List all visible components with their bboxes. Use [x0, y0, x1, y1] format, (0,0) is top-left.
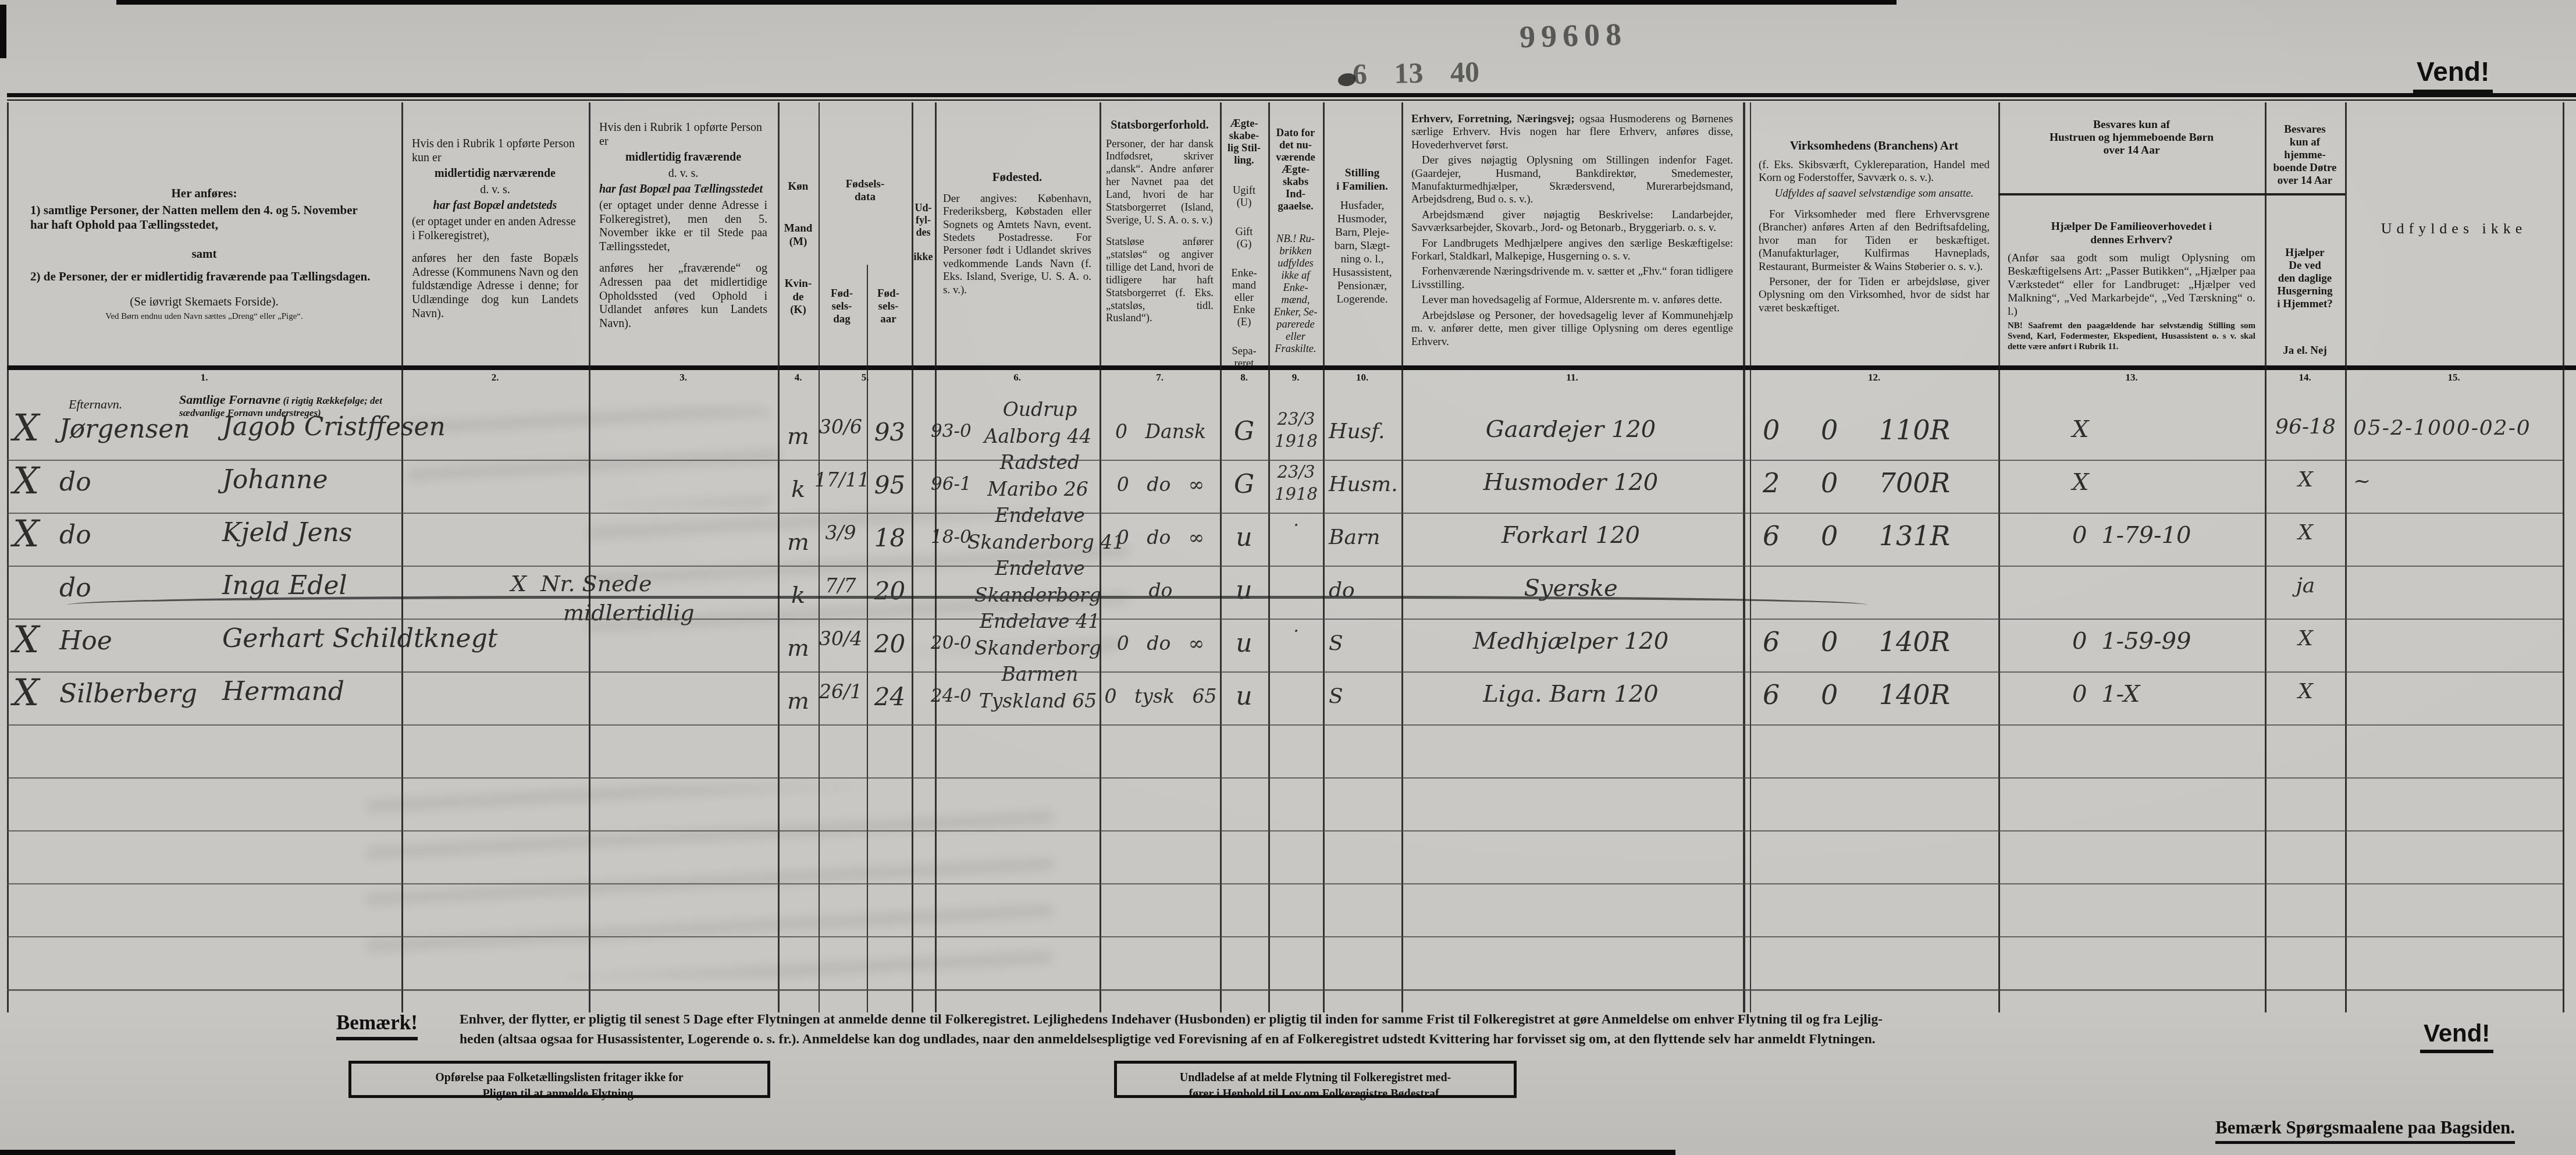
column-divider — [1268, 102, 1270, 1012]
row-rule — [7, 936, 2563, 937]
column-number: 13. — [1998, 372, 2265, 383]
cell-dag: 30/4 — [814, 629, 867, 649]
row-strikethrough — [67, 596, 1867, 614]
cell-kode12: 2 0 700R — [1763, 469, 2048, 497]
cell-sted2: Skanderborg 41 — [967, 532, 1108, 553]
cell-dato1: · — [1270, 622, 1322, 639]
row-rule — [7, 724, 2563, 726]
column-divider — [1743, 102, 1745, 1012]
table-row: doInga EdelX Nr. Snedemidlertidligk7/720… — [0, 566, 2576, 619]
cell-mark: X — [13, 674, 59, 713]
row-rule — [7, 989, 2563, 991]
column-divider — [1100, 102, 1101, 1012]
cell-fornavne: Johanne — [222, 467, 328, 493]
cell-fornavne: Hermand — [222, 678, 344, 705]
column-number: 1. — [7, 372, 401, 383]
cell-aegtestand: G — [1220, 418, 1268, 445]
table-row: XdoKjeld Jensm3/91818-0EndelaveSkanderbo… — [0, 513, 2576, 566]
cell-efternavn: Hoe — [59, 628, 112, 655]
cell-efternavn: do — [59, 575, 91, 602]
cell-mark: X — [13, 462, 59, 501]
column-divider — [2563, 102, 2564, 1012]
column-number: 4. — [778, 372, 819, 383]
cell-aegtestand: G — [1220, 471, 1268, 498]
cell-sted2: Skanderborg — [967, 638, 1108, 659]
cell-statsborger: 0 Dansk — [1101, 422, 1220, 442]
footer-box-penalty-note: Undladelse af at melde Flytning til Folk… — [1114, 1061, 1517, 1098]
cell-kode13: 0 1-X — [2072, 682, 2264, 706]
table-row: XJørgensenJagob Cristffesenm30/69393-0Ou… — [0, 407, 2576, 460]
column-number: 3. — [589, 372, 778, 383]
column-divider — [2265, 102, 2267, 1012]
cell-kode13: 0 1-79-10 — [2072, 523, 2264, 548]
column-number: 11. — [1401, 372, 1743, 383]
column-divider — [1998, 102, 2000, 1012]
cell-kode12: 6 0 131R — [1763, 522, 2048, 550]
cell-kode13: 0 1-59-99 — [2072, 629, 2264, 653]
column-number: 9. — [1268, 372, 1323, 383]
row-rule — [7, 619, 2563, 620]
cell-kode13: X — [2072, 470, 2264, 495]
cell-stilling: S — [1329, 632, 1401, 655]
row-rule — [7, 830, 2563, 831]
cell-col14: 96-18 — [2265, 416, 2346, 438]
cell-col14: ja — [2265, 575, 2346, 597]
cell-mark: X — [13, 515, 59, 554]
cell-dag: 26/1 — [814, 682, 867, 702]
column-divider — [1220, 102, 1222, 1012]
cell-sted2: Maribo 26 — [967, 479, 1108, 500]
column-divider — [1750, 102, 1751, 1012]
cell-col14: X — [2265, 469, 2346, 491]
cell-dato2: 1918 — [1270, 432, 1322, 450]
cell-col15: 05-2-1000-02-0 — [2353, 417, 2568, 439]
cell-statsborger: 0 do ∞ — [1101, 475, 1220, 495]
cell-efternavn: Silberberg — [59, 681, 197, 708]
column-divider — [1401, 102, 1403, 1012]
cell-koen: k — [778, 477, 819, 502]
row-rule — [7, 883, 2563, 884]
cell-statsborger: 0 do ∞ — [1101, 528, 1220, 548]
cell-stilling: Husf. — [1329, 421, 1401, 443]
cell-koen: m — [778, 636, 819, 660]
cell-efternavn: Jørgensen — [59, 416, 190, 443]
cell-dag: 3/9 — [814, 523, 867, 543]
cell-dato1: 23/3 — [1270, 463, 1322, 481]
column-divider — [2345, 102, 2347, 1012]
cell-dato1: 23/3 — [1270, 410, 1322, 428]
cell-statsborger: 0 tysk 65 — [1101, 687, 1220, 707]
footer-notice-line1: Enhver, der flytter, er pligtig til sene… — [460, 1011, 2307, 1028]
cell-dato1: · — [1270, 516, 1322, 534]
cell-sted1: Endelave — [977, 506, 1102, 526]
column-divider — [912, 102, 913, 1012]
column-number: 10. — [1323, 372, 1401, 383]
column-divider — [778, 102, 780, 1012]
cell-fornavne: Gerhart Schildtknegt — [222, 626, 498, 652]
cell-aar: 18 — [868, 525, 912, 551]
cell-dag: 17/11 — [814, 470, 867, 491]
cell-sted1: Endelave 41 — [977, 612, 1102, 632]
cell-erhverv: Gaardejer 120 — [1408, 417, 1734, 442]
cell-aar: 95 — [868, 472, 912, 498]
column-number: 6. — [935, 372, 1100, 383]
row-rule — [7, 777, 2563, 779]
row-rule — [7, 513, 2563, 514]
cell-dag: 7/7 — [814, 576, 867, 596]
cell-erhverv: Husmoder 120 — [1408, 470, 1734, 495]
table-row: XSilberbergHermandm26/12424-0BarmenTyskl… — [0, 671, 2576, 724]
cell-dato2: 1918 — [1270, 485, 1322, 503]
row-rule — [7, 566, 2563, 567]
cell-note1: X Nr. Snede — [511, 573, 652, 596]
cell-koen: m — [778, 689, 819, 713]
cell-fornavne: Jagob Cristffesen — [222, 414, 446, 440]
cell-efternavn: do — [59, 469, 91, 496]
table-row: XHoeGerhart Schildtknegtm30/42020-0Endel… — [0, 619, 2576, 671]
cell-kode13: X — [2072, 417, 2264, 442]
column-divider — [589, 102, 590, 1012]
cell-statsborger: 0 do ∞ — [1101, 634, 1220, 654]
cell-dag: 30/6 — [814, 417, 867, 438]
column-number: 5. — [819, 372, 912, 383]
cell-aar: 93 — [868, 420, 912, 445]
cell-aar: 20 — [868, 631, 912, 657]
cell-col14: X — [2265, 681, 2346, 703]
cell-aegtestand: u — [1220, 630, 1268, 657]
cell-kode12: 6 0 140R — [1763, 628, 2048, 656]
cell-aegtestand: u — [1220, 524, 1268, 551]
table-rows: XJørgensenJagob Cristffesenm30/69393-0Ou… — [0, 0, 2576, 1155]
cell-aegtestand: u — [1220, 683, 1268, 710]
cell-col15: ~ — [2353, 470, 2568, 492]
column-divider — [401, 102, 403, 1012]
cell-koen: m — [778, 424, 819, 449]
column-number: 8. — [1220, 372, 1268, 383]
column-divider — [935, 102, 937, 1012]
cell-fornavne: Inga Edel — [222, 573, 347, 599]
cell-mark: X — [13, 409, 59, 448]
column-divider — [1323, 102, 1325, 1012]
scanned-census-form: { "stamps": { "serial": "99608", "date_c… — [0, 0, 2576, 1155]
row-rule — [7, 671, 2563, 673]
column-number: 2. — [401, 372, 589, 383]
cell-col14: X — [2265, 628, 2346, 650]
column-number: 12. — [1750, 372, 1998, 383]
column-number: 7. — [1100, 372, 1220, 383]
footer-notice-line2: heden (altsaa ogsaa for Husassistenter, … — [460, 1031, 2307, 1048]
cell-koen: m — [778, 530, 819, 555]
cell-stilling: S — [1329, 685, 1401, 708]
column-number: 14. — [2265, 372, 2345, 383]
column-divider — [7, 102, 9, 1012]
cell-erhverv: Forkarl 120 — [1408, 523, 1734, 548]
cell-erhverv: Liga. Barn 120 — [1408, 682, 1734, 706]
cell-kode12: 6 0 140R — [1763, 681, 2048, 709]
column-divider — [819, 102, 820, 1012]
cell-fornavne: Kjeld Jens — [222, 520, 352, 546]
cell-sted2: Aalborg 44 — [967, 427, 1108, 447]
column-number: 15. — [2345, 372, 2563, 383]
row-rule — [7, 460, 2563, 461]
bemaerk-label: Bemærk! — [336, 1011, 418, 1040]
cell-kode12: 0 0 110R — [1763, 416, 2048, 444]
cell-sted2: Tyskland 65 — [967, 691, 1108, 712]
cell-aar: 24 — [868, 684, 912, 710]
cell-sted1: Barmen — [977, 664, 1102, 685]
cell-efternavn: do — [59, 522, 91, 549]
cell-sted1: Endelave — [977, 559, 1102, 579]
cell-stilling: Husm. — [1329, 474, 1401, 496]
cell-stilling: Barn — [1329, 527, 1401, 549]
cell-sted1: Radsted — [977, 453, 1102, 473]
cell-mark: X — [13, 621, 59, 660]
cell-sted1: Oudrup — [977, 400, 1102, 420]
footer-box-registration-note: Opførelse paa Folketællingslisten fritag… — [348, 1061, 770, 1098]
cell-col14: X — [2265, 522, 2346, 544]
cell-erhverv: Medhjælper 120 — [1408, 629, 1734, 653]
table-row: XdoJohannek17/119596-1RadstedMaribo 260 … — [0, 460, 2576, 513]
